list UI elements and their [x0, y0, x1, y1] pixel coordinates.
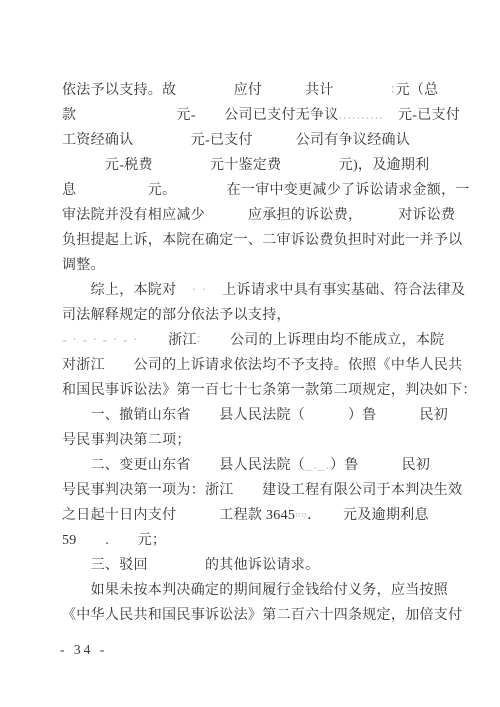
line-text: 和国民事诉讼法》第一百七十七条第一款第二项规定，判决如下： [62, 383, 477, 398]
scanned-judgment-page: 依法予以支持。故 应付 共计 ∶元（总 款 元- 公司已支付无争议.......… [0, 0, 500, 707]
text-line: 息 元。 在一审中变更减少了诉讼请求金额，一 [62, 178, 474, 203]
line-text: 依法予以支持。故 应付 共计 [62, 83, 391, 98]
line-text: 元-已支付 [384, 108, 460, 123]
line-text: 号民事判决第一项为：浙江 建设工程有限公司于本判决生效 [62, 483, 462, 498]
line-text: 审法院并没有相应减少 应承担的诉讼费， 对诉讼费 [62, 208, 455, 223]
text-line: 调整。 [62, 253, 474, 278]
line-text: 息 元。 在一审中变更减少了诉讼请求金额，一 [62, 183, 470, 198]
text-line: 《中华人民共和国民事诉讼法》第二百六十四条规定，加倍支付 [62, 603, 474, 628]
line-text: 负担提起上诉，本院在确定一、二审诉讼费负担时对此一并予以 [62, 233, 462, 248]
line-text: 综上，本院对 [62, 283, 176, 298]
line-text: 浙江 [154, 333, 197, 348]
text-line: 如果未按本判决确定的期间履行金钱给付义务，应当按照 [62, 578, 474, 603]
text-line: 号民事判决第二项； [62, 428, 474, 453]
text-line: 二、变更山东省 县人民法院（_._.）鲁 民初 [62, 453, 474, 478]
line-text: ）鲁 民初 [330, 458, 430, 473]
text-line: 号民事判决第一项为：浙江 建设工程有限公司于本判决生效 [62, 478, 474, 503]
line-text: 司法解释规定的部分依法予以支持， [62, 308, 291, 323]
page-number-footer: - 34 - [60, 642, 107, 658]
line-text: 对浙江 公司的上诉请求依法均不予支持。依照《中华人民共 [62, 358, 462, 373]
line-text: 款 元- 公司已支付无争议 [62, 108, 339, 123]
line-text: 调整。 [62, 258, 105, 273]
line-text: 元（总 [396, 83, 439, 98]
text-line: 一、撤销山东省 县人民法院（ ）鲁 民初 [62, 403, 474, 428]
text-line: 依法予以支持。故 应付 共计 ∶元（总 [62, 78, 474, 103]
line-text: 一、撤销山东省 县人民法院（ ）鲁 民初 [62, 408, 448, 423]
text-line: 款 元- 公司已支付无争议.......... 元-已支付 [62, 103, 474, 128]
redaction-remnant: - · - · - · - · [62, 333, 154, 348]
line-text: 59 . 元； [62, 533, 166, 548]
line-text: 《中华人民共和国民事诉讼法》第二百六十四条规定，加倍支付 [62, 608, 462, 623]
text-line: 三、驳回 的其他诉讼请求。 [62, 553, 474, 578]
text-line: 司法解释规定的部分依法予以支持， [62, 303, 474, 328]
text-line: 之日起十日内支付 工程款 3645▫▫． 元及逾期利息 [62, 503, 474, 528]
text-line: - · - · - · - · 浙江∶ 公司的上诉理由均不能成立，本院 [62, 328, 474, 353]
line-text: ． 元及逾期利息 [307, 508, 429, 523]
judgment-text-block: 依法予以支持。故 应付 共计 ∶元（总 款 元- 公司已支付无争议.......… [62, 78, 474, 628]
redaction-remnant: · · [176, 283, 222, 298]
redaction-remnant: .......... [339, 108, 384, 123]
redaction-remnant: _._. [305, 458, 330, 473]
redaction-remnant: ▫▫ [295, 508, 307, 523]
line-text: 公司的上诉理由均不能成立，本院 [201, 333, 444, 348]
text-line: 59 . 元； [62, 528, 474, 553]
text-line: 元-税费 元十鉴定费 元)，及逾期利 [62, 153, 474, 178]
text-line: 审法院并没有相应减少 应承担的诉讼费， 对诉讼费 [62, 203, 474, 228]
line-text: 二、变更山东省 县人民法院（ [62, 458, 305, 473]
line-text: 上诉请求中具有事实基础、符合法律及 [222, 283, 465, 298]
text-line: 综上，本院对 · · 上诉请求中具有事实基础、符合法律及 [62, 278, 474, 303]
line-text: 工资经确认 元-已支付 公司有争议经确认 [62, 133, 410, 148]
line-text: 三、驳回 的其他诉讼请求。 [62, 558, 319, 573]
line-text: 元-税费 元十鉴定费 元)，及逾期利 [62, 158, 429, 173]
line-text: 之日起十日内支付 工程款 3645 [62, 508, 295, 523]
text-line: 工资经确认 元-已支付 公司有争议经确认 [62, 128, 474, 153]
line-text: 如果未按本判决确定的期间履行金钱给付义务，应当按照 [62, 583, 448, 598]
text-line: 对浙江 公司的上诉请求依法均不予支持。依照《中华人民共 [62, 353, 474, 378]
text-line: 负担提起上诉，本院在确定一、二审诉讼费负担时对此一并予以 [62, 228, 474, 253]
text-line: 和国民事诉讼法》第一百七十七条第一款第二项规定，判决如下： [62, 378, 474, 403]
line-text: 号民事判决第二项； [62, 433, 191, 448]
